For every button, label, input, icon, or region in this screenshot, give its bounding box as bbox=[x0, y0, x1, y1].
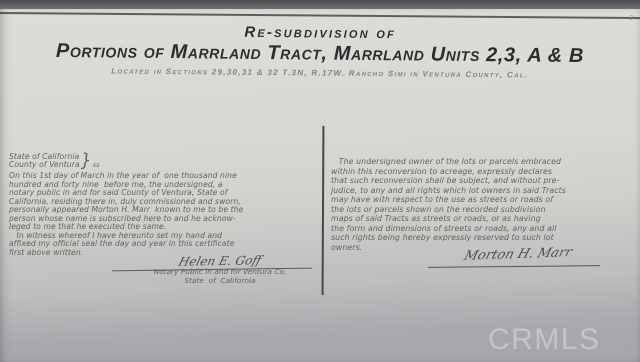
text-line: such rights being hereby expressly reser… bbox=[331, 233, 637, 243]
title-block: Re-subdivision of Portions of Marrland T… bbox=[0, 21, 640, 80]
text-line: maps of said Tracts as streets or roads,… bbox=[331, 214, 637, 224]
text-line: that such reconversion shall be subject,… bbox=[331, 176, 637, 186]
title-location-line: Located in Sections 29,30,31 & 32 T.3N, … bbox=[12, 66, 628, 81]
text-line: may have with respect to the use as stre… bbox=[331, 195, 637, 205]
venue-county-line: County of Ventura bbox=[9, 161, 80, 169]
text-line: within this reconversion to acreage, exp… bbox=[331, 167, 637, 177]
venue-lines: State of California County of Ventura bbox=[9, 153, 80, 169]
title-line2: Portions of Marrland Tract, Marrland Uni… bbox=[12, 40, 628, 69]
owner-declaration-block: The undersigned owner of the lots or par… bbox=[331, 157, 637, 252]
venue-brace: } bbox=[81, 151, 92, 172]
page-mark: 3 bbox=[629, 15, 633, 22]
owner-body-lines: The undersigned owner of the lots or par… bbox=[331, 157, 637, 252]
sheet-border-line bbox=[0, 12, 640, 19]
owner-signature-block: Morton H. Marr bbox=[418, 247, 618, 262]
text-line: The undersigned owner of the lots or par… bbox=[331, 157, 637, 167]
notary-caption-line2: State of California bbox=[100, 277, 340, 286]
notary-body-lines: On this 1st day of March in the year of … bbox=[9, 172, 324, 257]
map-sheet: 3 Re-subdivision of Portions of Marrland… bbox=[0, 9, 640, 362]
notary-acknowledgment-block: State of California County of Ventura } … bbox=[9, 151, 324, 257]
photo-top-band bbox=[0, 0, 640, 9]
text-line: the lots or parcels shown on the recorde… bbox=[331, 205, 637, 215]
text-line: judice, to any and all rights which lot … bbox=[331, 186, 637, 196]
owner-signature-underline bbox=[428, 265, 600, 268]
crmls-watermark: CRMLS bbox=[488, 323, 601, 357]
text-line: the form and dimensions of streets or ro… bbox=[331, 224, 637, 234]
document-photo: 3 Re-subdivision of Portions of Marrland… bbox=[0, 0, 640, 362]
venue-clause: State of California County of Ventura } … bbox=[9, 151, 324, 171]
owner-signature: Morton H. Marr bbox=[415, 244, 621, 266]
ss-label: ss bbox=[93, 161, 100, 169]
